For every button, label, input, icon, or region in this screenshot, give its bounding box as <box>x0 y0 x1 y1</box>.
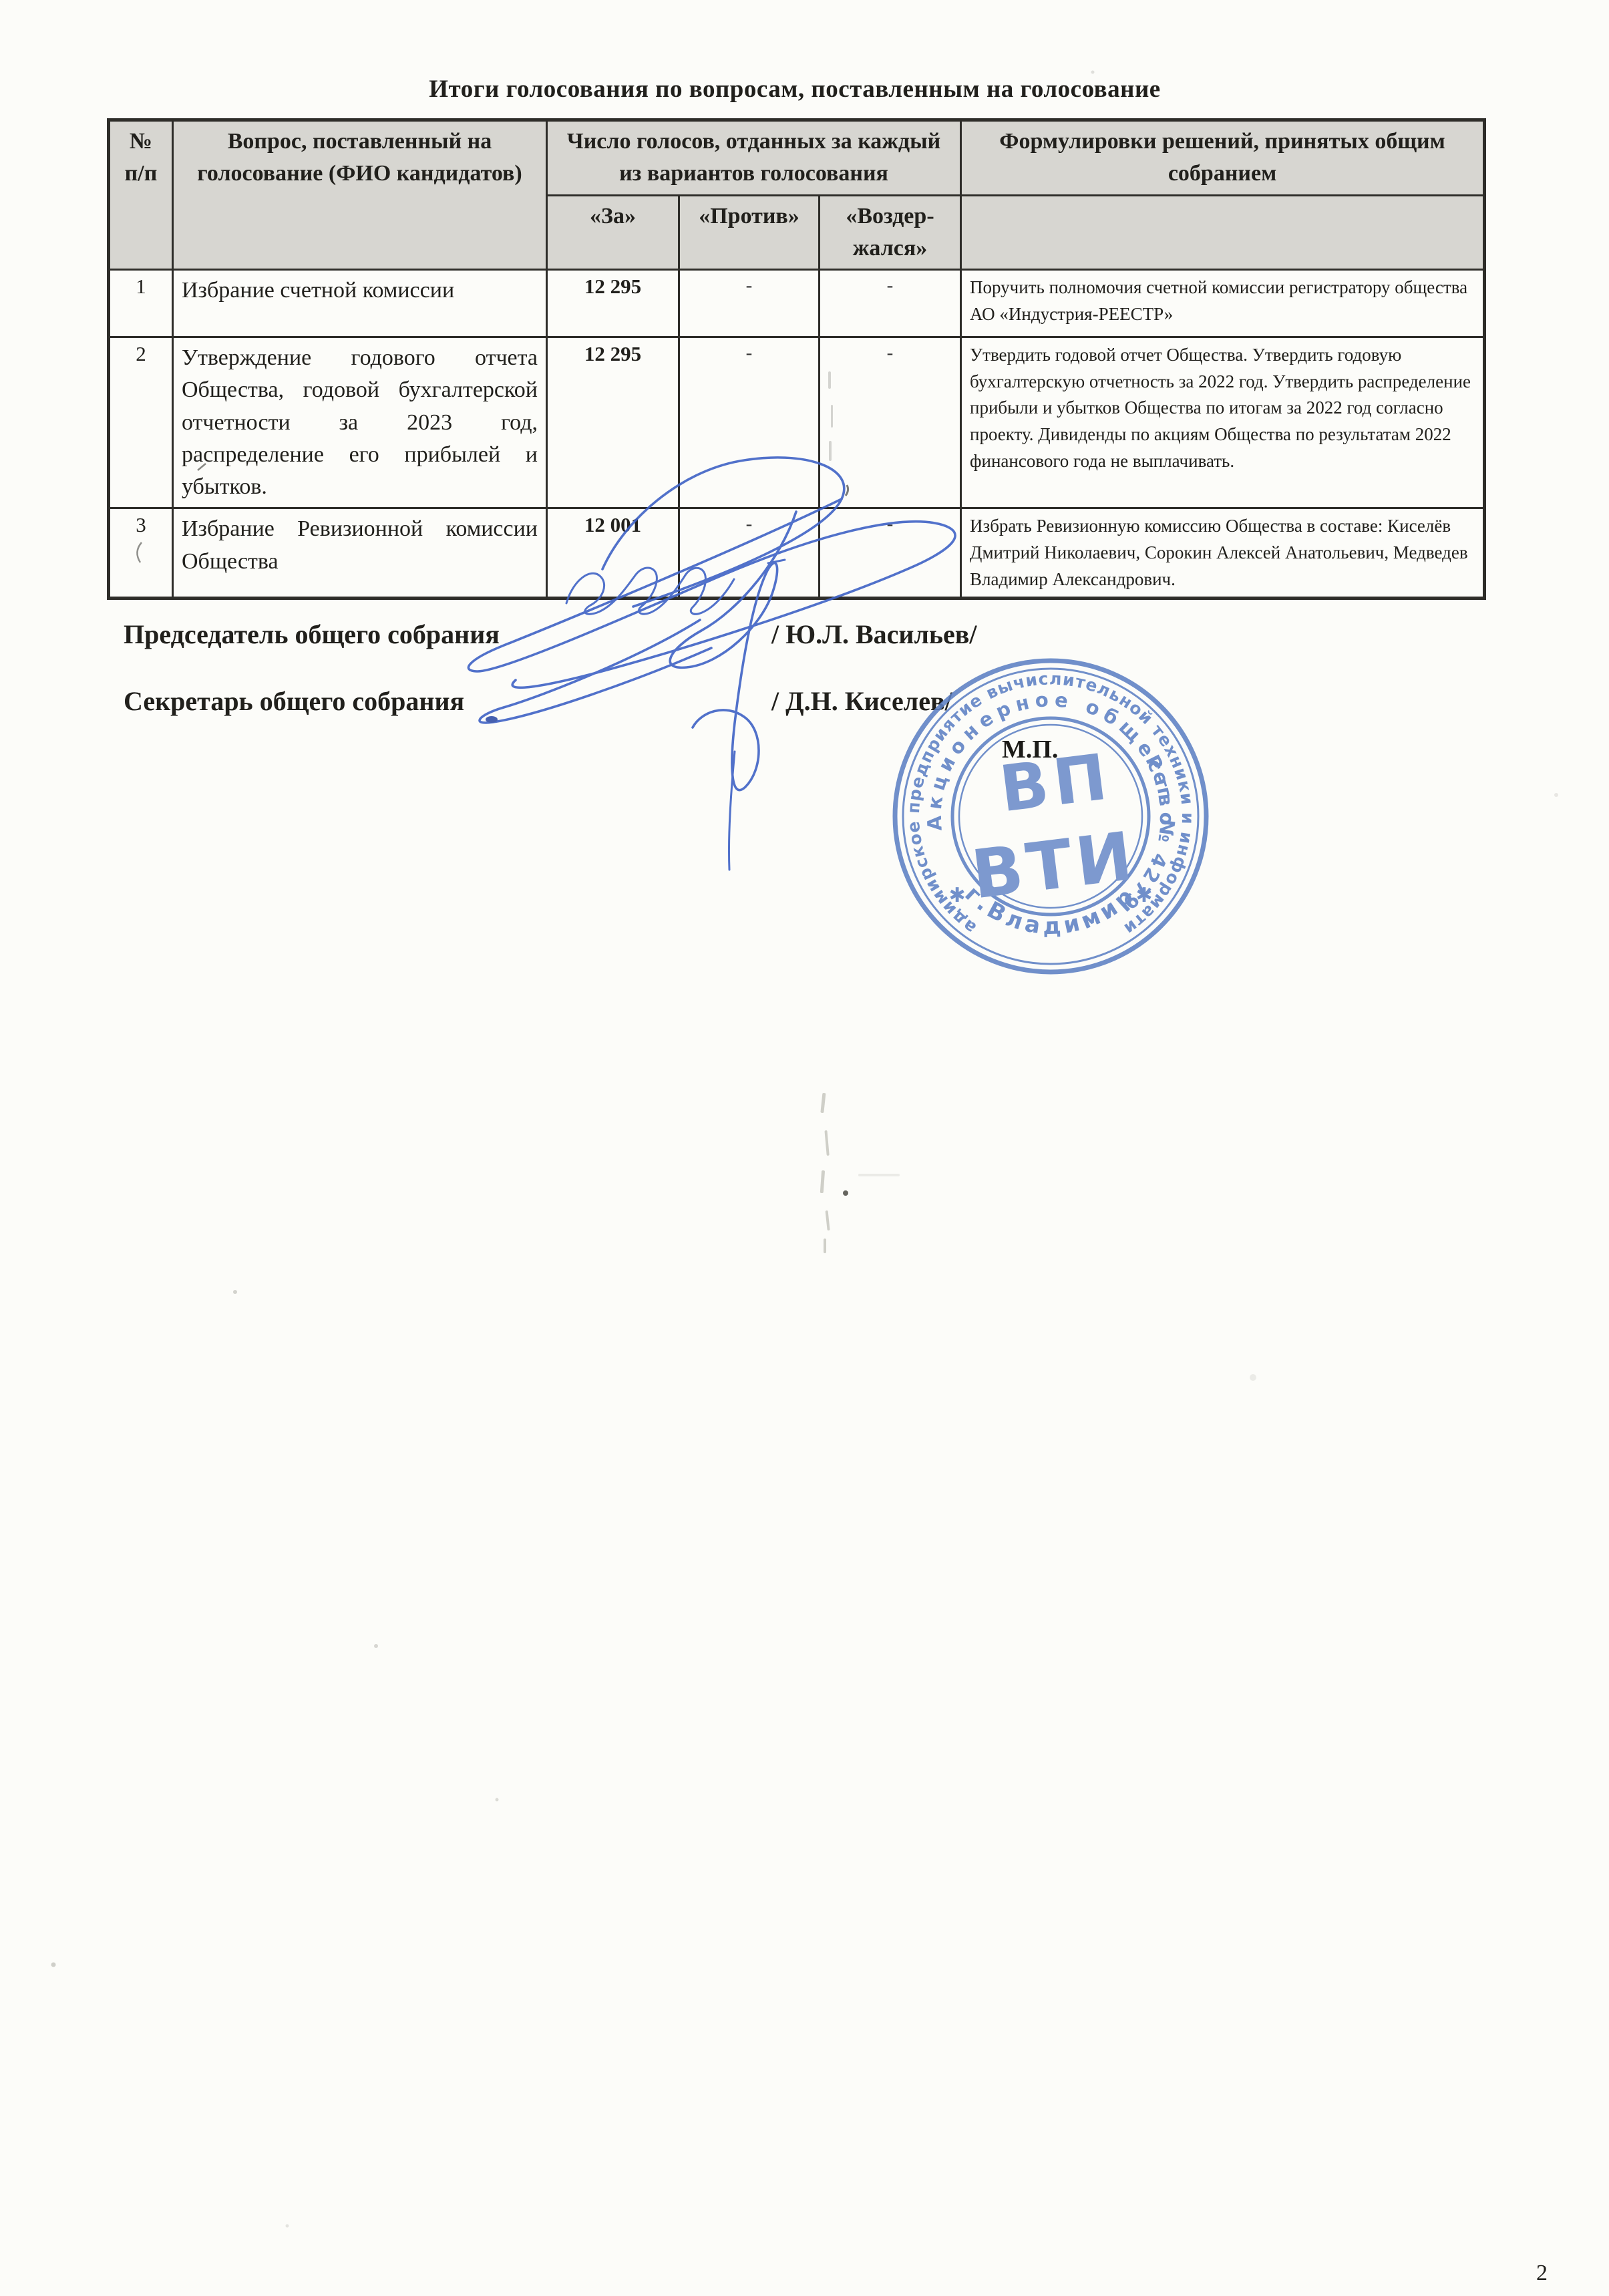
page-title: Итоги голосования по вопросам, поставлен… <box>107 75 1483 104</box>
row-num: 1 <box>109 270 173 337</box>
signature-name: / Ю.Л. Васильев/ <box>771 619 977 650</box>
row-votes-for: 12 295 <box>547 270 679 337</box>
row-num: 3 <box>109 508 173 599</box>
row-resolution: Поручить полномочия счетной комиссии рег… <box>961 270 1485 337</box>
row-resolution: Утвердить годовой отчет Общества. Утверд… <box>961 337 1485 508</box>
header-vote-for: «За» <box>547 195 679 270</box>
row-votes-against: - <box>679 270 820 337</box>
stamp-star-right: ✱ <box>1135 884 1152 907</box>
signature-name: / Д.Н. Киселев/ <box>771 685 952 717</box>
signature-role: Секретарь общего собрания <box>124 686 464 716</box>
seal-place-mark: М.П. <box>1002 735 1058 764</box>
stamp-city-text: г.Владимир <box>960 880 1142 940</box>
header-num: № п/п <box>109 120 173 270</box>
table-row: 3 Избрание Ревизионной комиссии Общества… <box>109 508 1485 599</box>
header-question: Вопрос, поставленный на голосование (ФИО… <box>173 120 547 270</box>
row-votes-against: - <box>679 337 820 508</box>
page-number: 2 <box>1536 2261 1548 2286</box>
row-question: Избрание Ревизионной комиссии Общества <box>173 508 547 599</box>
signature-role: Председатель общего собрания <box>124 619 500 649</box>
header-vote-abstain: «Воздер­жался» <box>820 195 961 270</box>
svg-text:Рег. № 4279: Рег. № 4279 <box>1117 751 1180 915</box>
header-resolution: Формулировки решений, принятых общим соб… <box>961 120 1485 196</box>
header-votes-group: Число голосов, отданных за каж­дый из ва… <box>547 120 961 196</box>
row-votes-abstain: - <box>820 337 961 508</box>
stamp-star-left: ✱ <box>948 884 965 907</box>
row-votes-abstain: - <box>820 270 961 337</box>
document-page: Итоги голосования по вопросам, поставлен… <box>0 0 1609 2296</box>
stamp-reg-number-text: Рег. № 4279 <box>1117 751 1180 915</box>
signature-line-chairman: Председатель общего собрания / Ю.Л. Васи… <box>124 619 1292 653</box>
row-question: Избрание счетной комиссии <box>173 270 547 337</box>
stamp-abbr-line2: ВТИ <box>968 816 1141 914</box>
row-votes-against: - <box>679 508 820 599</box>
header-vote-against: «Против» <box>679 195 820 270</box>
row-resolution: Избрать Ревизионную комиссию Общества в … <box>961 508 1485 599</box>
row-votes-for: 12 001 <box>547 508 679 599</box>
header-resolution-empty <box>961 195 1485 270</box>
svg-text:г.Владимир: г.Владимир <box>960 880 1142 940</box>
row-question: Утверждение годового отчета Общества, го… <box>173 337 547 508</box>
table-header: № п/п Вопрос, поставленный на голосовани… <box>109 120 1485 270</box>
table-row: 1 Избрание счетной комиссии 12 295 - - П… <box>109 270 1485 337</box>
signature-line-secretary: Секретарь общего собрания / Д.Н. Киселев… <box>124 685 1292 720</box>
voting-results-table: № п/п Вопрос, поставленный на голосовани… <box>107 118 1486 600</box>
row-votes-for: 12 295 <box>547 337 679 508</box>
table-row: 2 Утверждение годового отчета Общества, … <box>109 337 1485 508</box>
row-votes-abstain: - <box>820 508 961 599</box>
row-num: 2 <box>109 337 173 508</box>
